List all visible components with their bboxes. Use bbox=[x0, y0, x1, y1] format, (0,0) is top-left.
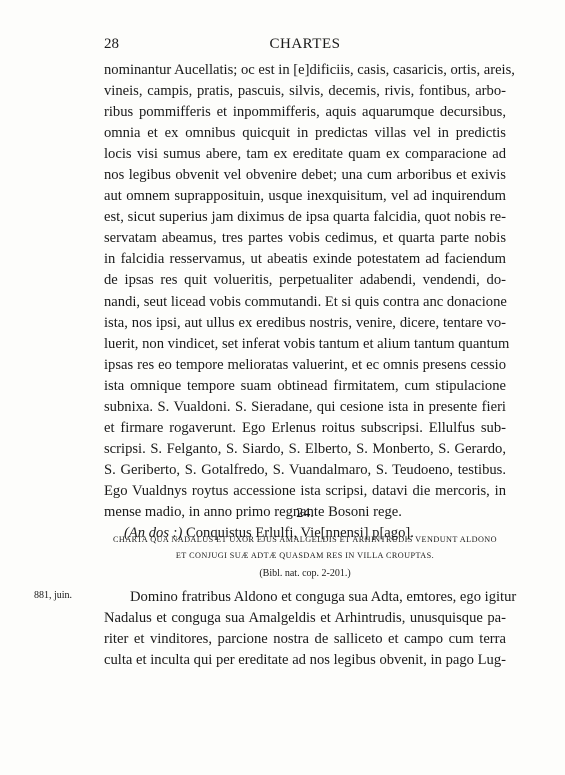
text-line: ipsas res eo tempore melioratas valuerin… bbox=[104, 355, 506, 376]
text-line: omnia et ex omnibus quicquit in predicta… bbox=[104, 123, 506, 144]
charter-title-line-1: Charta qua Nadalus et uxor ejus Amalgeld… bbox=[104, 532, 506, 548]
text-line: nos legibus obvenit vel obvenire debet; … bbox=[104, 165, 506, 186]
text-line: culta et inculta qui per ereditate ad no… bbox=[104, 650, 506, 671]
text-line: nandi, seut licead vobis commutandi. Et … bbox=[104, 292, 506, 313]
text-line: subnixa. S. Vualdoni. S. Sieradane, qui … bbox=[104, 397, 506, 418]
text-line: scripsi. S. Felganto, S. Siardo, S. Elbe… bbox=[104, 439, 506, 460]
charter-24-text: Domino fratribus Aldono et conguga sua A… bbox=[104, 587, 506, 671]
text-line: vineis, campis, pratis, pascuis, silvis,… bbox=[104, 81, 506, 102]
text-line: S. Geriberto, S. Gotalfredo, S. Vuandalm… bbox=[104, 460, 506, 481]
text-line: Ego Vualdnys roytus accessione ista scri… bbox=[104, 481, 506, 502]
text-line: ribus pommifferis et inpommifferis, aqui… bbox=[104, 102, 506, 123]
running-title: CHARTES bbox=[104, 36, 506, 53]
margin-date: 881, juin. bbox=[34, 590, 72, 601]
source-reference: (Bibl. nat. cop. 2-201.) bbox=[104, 568, 506, 579]
text-line: aut omnem suprapposituin, usque inexquis… bbox=[104, 186, 506, 207]
charter-title-line-2: et conjugi suæ Adtæ quasdam res in villa… bbox=[104, 548, 506, 564]
text-line: nominantur Aucellatis; oc est in [e]difi… bbox=[104, 60, 506, 81]
charter-number: 24. bbox=[104, 506, 506, 522]
text-line: riter et vinditores, parcione nostra de … bbox=[104, 629, 506, 650]
document-page: 28 CHARTES nominantur Aucellatis; oc est… bbox=[0, 0, 565, 775]
text-line: est, sicut superius jam diximus de ipsa … bbox=[104, 207, 506, 228]
text-line: servatam abeamus, tres partes vobis cedi… bbox=[104, 228, 506, 249]
running-head: 28 CHARTES bbox=[104, 36, 506, 56]
text-line: locis visi sumus abere, tam ex ereditate… bbox=[104, 144, 506, 165]
text-line: ista, nos ipsi, aut ullus ex eredibus no… bbox=[104, 313, 506, 334]
text-line: Domino fratribus Aldono et conguga sua A… bbox=[104, 587, 506, 608]
text-line: et firmare rogaverunt. Ego Erlenus roitu… bbox=[104, 418, 506, 439]
text-line: Nadalus et conguga sua Amalgeldis et Arh… bbox=[104, 608, 506, 629]
text-line: ista omnique tempore suam obtinead firmi… bbox=[104, 376, 506, 397]
text-line: de ipsas res quit volueritis, perpetuali… bbox=[104, 270, 506, 291]
text-line: in falcidia resservamus, ut abeatis exin… bbox=[104, 249, 506, 270]
text-line: luerit, non vindicet, set inferat vobis … bbox=[104, 334, 506, 355]
previous-charter-text: nominantur Aucellatis; oc est in [e]difi… bbox=[104, 60, 506, 544]
